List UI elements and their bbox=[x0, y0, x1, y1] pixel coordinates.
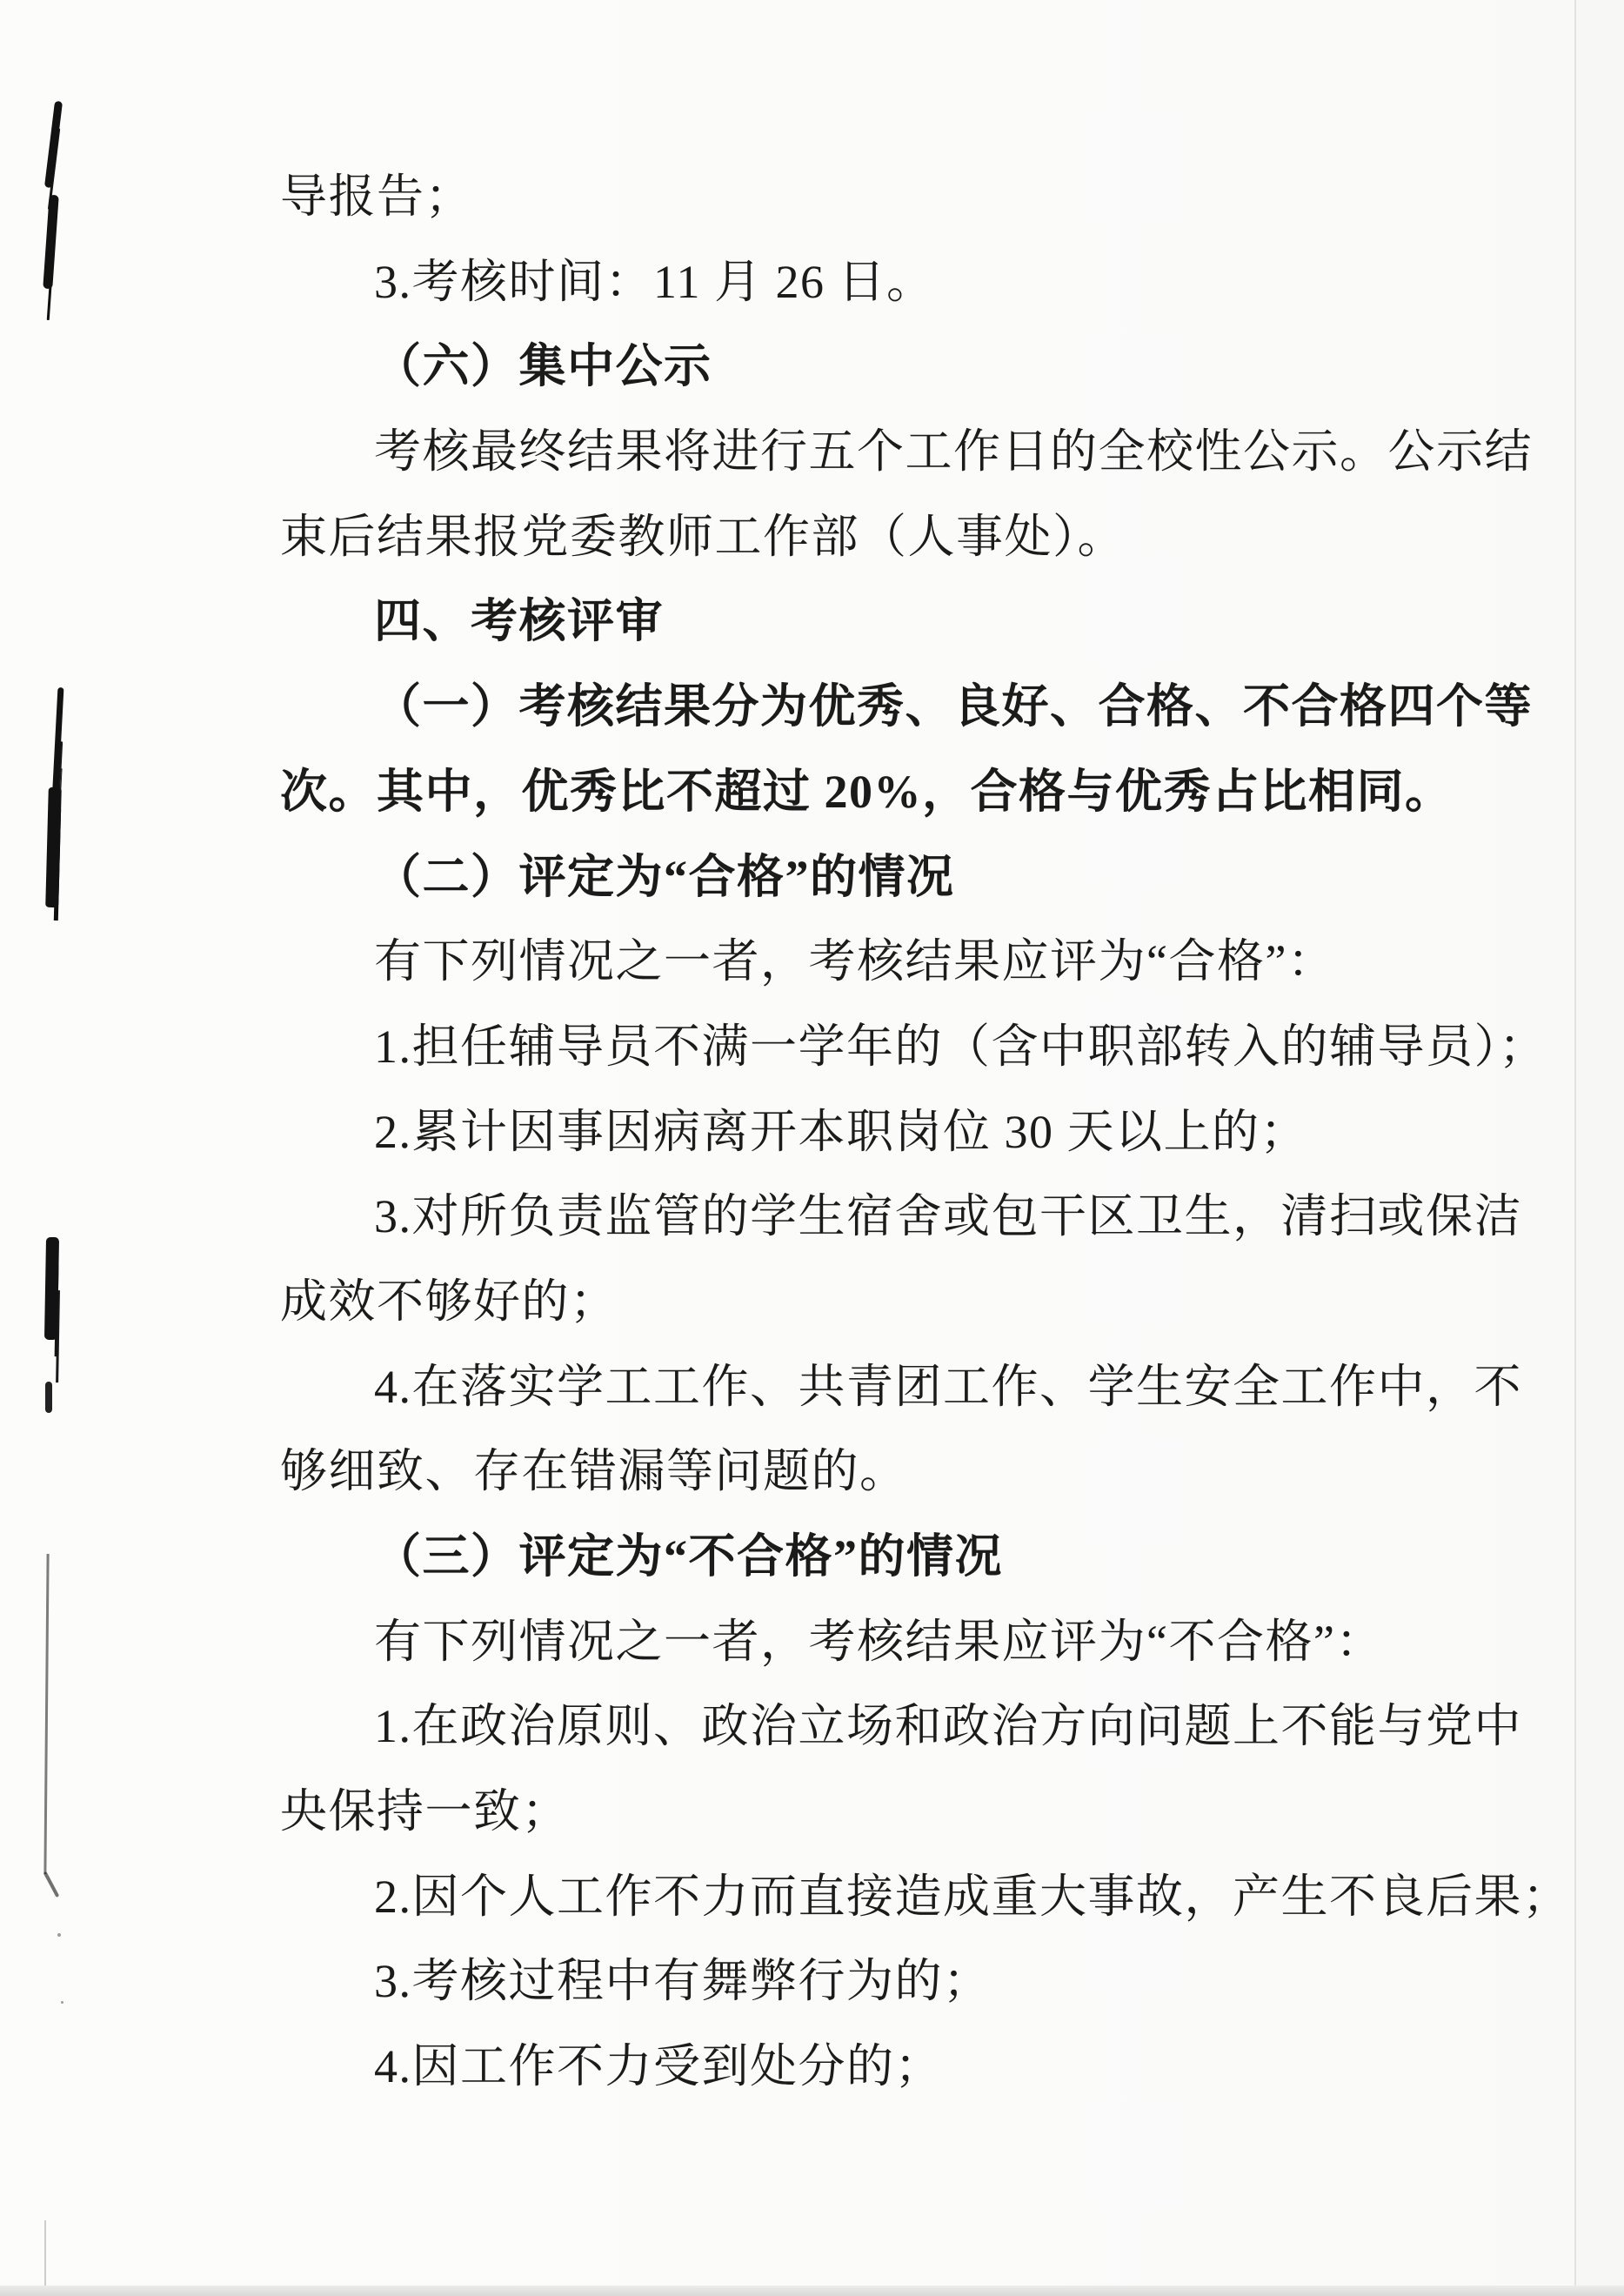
text-line: 成效不够好的； bbox=[280, 1260, 1559, 1345]
scan-speck bbox=[57, 1933, 61, 1937]
text-line: 3.对所负责监管的学生宿舍或包干区卫生，清扫或保洁 bbox=[280, 1175, 1559, 1260]
text-line: （一）考核结果分为优秀、良好、合格、不合格四个等 bbox=[280, 665, 1559, 750]
text-line: 1.在政治原则、政治立场和政治方向问题上不能与党中 bbox=[280, 1684, 1559, 1770]
text-line: 够细致、存在错漏等问题的。 bbox=[280, 1429, 1559, 1515]
scan-mark-top-2 bbox=[43, 195, 59, 290]
text-line: 4.在落实学工工作、共青团工作、学生安全工作中，不 bbox=[280, 1345, 1559, 1430]
text-line: 3.考核时间：11 月 26 日。 bbox=[280, 240, 1559, 325]
text-line: 束后结果报党委教师工作部（人事处）。 bbox=[280, 495, 1559, 580]
text-line: 四、考核评审 bbox=[280, 579, 1559, 665]
text-line: 4.因工作不力受到处分的； bbox=[280, 2025, 1559, 2110]
bottom-scan-shadow bbox=[0, 2286, 1624, 2296]
text-line: 2.累计因事因病离开本职岗位 30 天以上的； bbox=[280, 1090, 1559, 1175]
scan-mark-middle-2 bbox=[45, 1382, 52, 1413]
right-page-margin-band bbox=[1576, 0, 1624, 2296]
scan-crease-hook bbox=[43, 1871, 60, 1898]
scan-mark-upper-middle-2 bbox=[45, 787, 62, 907]
scan-crease-line bbox=[43, 1554, 49, 1874]
text-line: 有下列情况之一者，考核结果应评为“不合格”： bbox=[280, 1600, 1559, 1685]
text-line: 有下列情况之一者，考核结果应评为“合格”： bbox=[280, 920, 1559, 1005]
text-line: 考核最终结果将进行五个工作日的全校性公示。公示结 bbox=[280, 410, 1559, 495]
scanned-page: 导报告；3.考核时间：11 月 26 日。（六）集中公示考核最终结果将进行五个工… bbox=[0, 0, 1624, 2296]
text-line: （三）评定为“不合格”的情况 bbox=[280, 1515, 1559, 1600]
right-scan-edge-line bbox=[1574, 0, 1576, 2296]
text-line: （二）评定为“合格”的情况 bbox=[280, 835, 1559, 920]
text-line: 次。其中，优秀比不超过 20%，合格与优秀占比相同。 bbox=[280, 750, 1559, 835]
document-text-block: 导报告；3.考核时间：11 月 26 日。（六）集中公示考核最终结果将进行五个工… bbox=[280, 155, 1559, 2110]
text-line: 2.因个人工作不力而直接造成重大事故，产生不良后果； bbox=[280, 1855, 1559, 1940]
scan-speck bbox=[61, 2001, 63, 2004]
text-line: 央保持一致； bbox=[280, 1770, 1559, 1855]
text-line: 1.担任辅导员不满一学年的（含中职部转入的辅导员）； bbox=[280, 1005, 1559, 1090]
scan-mark-middle-1 bbox=[44, 1237, 59, 1340]
text-line: （六）集中公示 bbox=[280, 325, 1559, 410]
scan-mark-upper-middle-1 bbox=[52, 687, 64, 802]
text-line: 导报告； bbox=[280, 155, 1559, 240]
scan-mark-bottom-line bbox=[44, 2220, 46, 2296]
scan-mark-top-1 bbox=[44, 101, 63, 188]
text-line: 3.考核过程中有舞弊行为的； bbox=[280, 1939, 1559, 2025]
